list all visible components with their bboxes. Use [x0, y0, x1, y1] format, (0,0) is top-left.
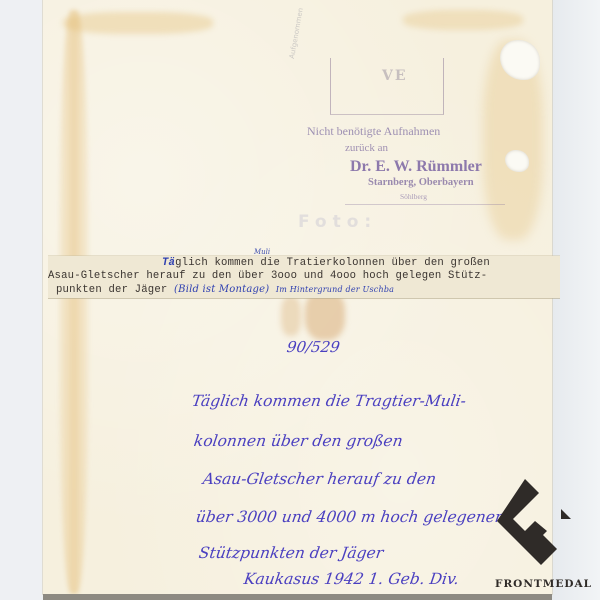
stain-left-edge	[59, 10, 89, 594]
caption-montage-note: (Bild ist Montage)	[174, 284, 269, 295]
paper-bottom-edge	[43, 594, 552, 600]
stain-center-small	[281, 296, 301, 336]
stamp-frame	[330, 58, 444, 115]
watermark-brand: FRONTMEDAL	[495, 578, 592, 590]
stamp-name: Dr. E. W. Rümmler	[350, 158, 482, 176]
stain-top-left	[63, 12, 213, 34]
caption-annotation: Muli	[254, 248, 270, 256]
handwritten-line: Stützpunkten der Jäger	[198, 544, 385, 562]
stamp-line-2: zurück an	[345, 142, 388, 154]
faint-foto-label: Foto:	[298, 212, 377, 232]
handwritten-line: kolonnen über den großen	[193, 432, 404, 450]
caption-line-1-prefix: Tä	[162, 257, 175, 269]
stamp-box-letters: VE	[382, 68, 408, 84]
stamp-line-1: Nicht benötigte Aufnahmen	[307, 124, 440, 139]
handwritten-line: Täglich kommen die Tragtier-Muli-	[191, 392, 467, 410]
stain-top-right	[403, 10, 523, 30]
stamp-underline	[345, 204, 505, 205]
reference-number: 90/529	[286, 338, 341, 356]
caption-line-2: Asau-Gletscher herauf zu den über 3ooo u…	[48, 270, 487, 282]
stamp-location: Starnberg, Oberbayern	[368, 177, 474, 188]
frontmedal-logo-icon	[495, 479, 575, 569]
handwritten-line: Kaukasus 1942 1. Geb. Div.	[243, 570, 460, 588]
handwritten-line: Asau-Gletscher herauf zu den	[202, 470, 438, 488]
caption-strip: Muli Täglich kommen die Tratierkolonnen …	[48, 256, 560, 298]
stamp-line-5: Söhlberg	[400, 192, 427, 201]
caption-line-3-typed: punkten der Jäger	[56, 284, 167, 296]
paper-chip-lower	[505, 150, 529, 172]
caption-line-3: punkten der Jäger (Bild ist Montage) Im …	[56, 284, 394, 296]
caption-line-1: Täglich kommen die Tratierkolonnen über …	[162, 257, 490, 269]
handwritten-line: über 3000 und 4000 m hoch gelegenen	[195, 508, 506, 526]
caption-background-note: Im Hintergrund der Uschba	[276, 285, 394, 294]
caption-line-1-text: glich kommen die Tratierkolonnen über de…	[175, 257, 490, 269]
